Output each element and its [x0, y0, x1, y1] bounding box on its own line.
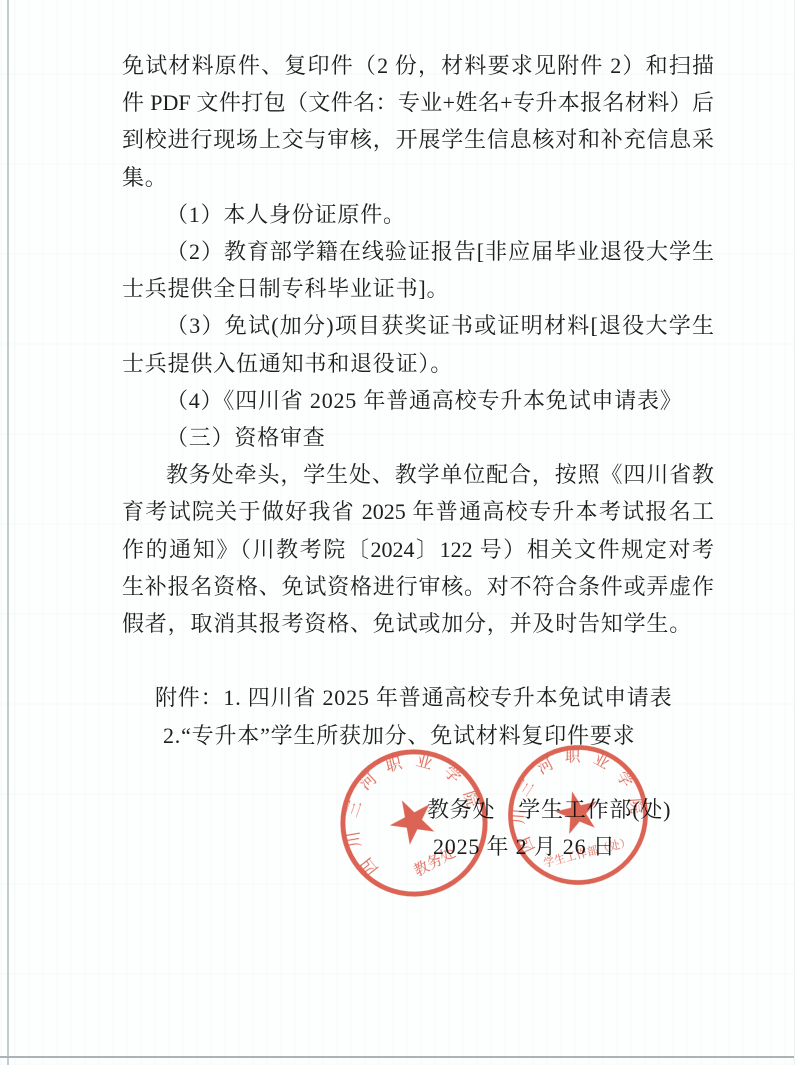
star-icon: [551, 786, 602, 836]
document-line: （4）《四川省 2025 年普通高校专升本免试申请表》: [122, 382, 714, 419]
document-line: 教务处牵头，学生处、教学单位配合，按照《四川省教: [122, 456, 714, 493]
document-line: 士兵提供全日制专科毕业证书]。: [122, 270, 714, 307]
document-line: 件 PDF 文件打包（文件名：专业+姓名+专升本报名材料）后: [122, 84, 714, 121]
document-line: 免试材料原件、复印件（2 份，材料要求见附件 2）和扫描: [122, 47, 714, 84]
document-line: 育考试院关于做好我省 2025 年普通高校专升本考试报名工: [122, 493, 714, 530]
document-line: 到校进行现场上交与审核，开展学生信息核对和补充信息采: [122, 121, 714, 158]
document-line: 集。: [122, 159, 714, 196]
document-line: （三）资格审查: [122, 419, 714, 456]
document-line: （2）教育部学籍在线验证报告[非应届毕业退役大学生: [122, 233, 714, 270]
document-line: （1）本人身份证原件。: [122, 196, 714, 233]
page-edge-left: [7, 0, 9, 1065]
seal-department-label: 教务处: [411, 844, 458, 880]
document-line: 附件：1. 四川省 2025 年普通高校专升本免试申请表: [122, 679, 714, 716]
document-line: 生补报名资格、免试资格进行审核。对不符合条件或弄虚作: [122, 568, 714, 605]
blank-line: [122, 642, 714, 679]
page-edge-bottom: [0, 1056, 795, 1058]
star-icon: [382, 790, 442, 849]
document-line: 士兵提供入伍通知书和退役证）。: [122, 345, 714, 382]
document-line: 假者，取消其报考资格、免试或加分，并及时告知学生。: [122, 605, 714, 642]
seal-department-label: 学生工作部（处）: [542, 835, 632, 869]
document-line: 作的通知》（川教考院〔2024〕122 号）相关文件规定对考: [122, 531, 714, 568]
document-line: （3）免试(加分)项目获奖证书或证明材料[退役大学生: [122, 307, 714, 344]
